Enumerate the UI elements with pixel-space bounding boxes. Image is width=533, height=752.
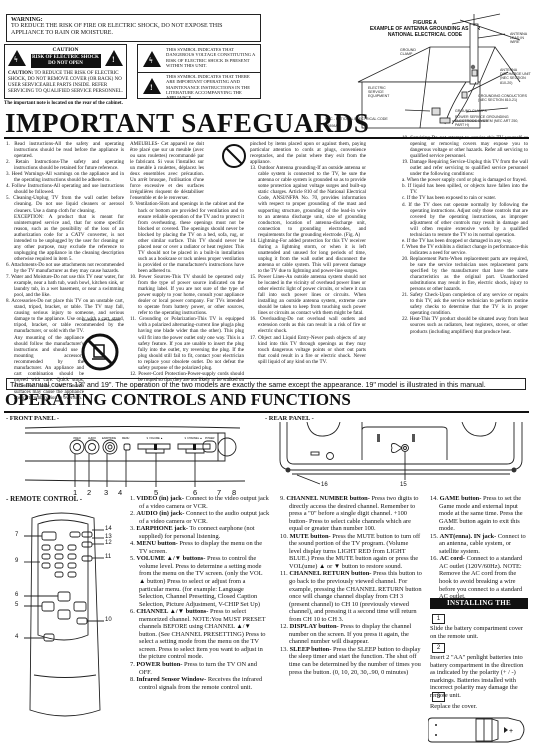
symbol-row: ! THIS SYMBOL INDICATES THAT THERE ARE I… <box>138 72 260 99</box>
warning-text: TO REDUCE THE RISK OF FIRE OR ELECTRIC S… <box>11 23 256 37</box>
callout-3: 3 <box>104 488 108 497</box>
safeguard-item: 14. Lightning-For added protection for t… <box>258 238 366 274</box>
function-item: 4. MENU button- Press to display the men… <box>139 540 270 555</box>
safeguards-title: IMPORTANT SAFEGUARDS <box>5 108 369 139</box>
function-item: 11. CHANNEL RETURN button- Press this bu… <box>289 570 422 623</box>
callout-15: 15 <box>400 482 407 488</box>
rear-panel-label: - REAR PANEL - <box>265 415 314 422</box>
label-power-service: POWER SERVICE GROUNDING ELECTRODE SYSTEM… <box>455 115 520 128</box>
function-item: 3. EARPHONE jack- To connect earphone (n… <box>139 525 270 540</box>
remote-callout-9: 9 <box>15 558 18 564</box>
battery-step-2: Insert 2 "AA" penlight batteries into ba… <box>430 654 530 699</box>
label-ground-clamps: GROUND CLAMPS <box>455 109 495 113</box>
remote-callout-4: 4 <box>15 634 18 640</box>
safeguard-item: 19. Damage Requiring Service-Unplug this… <box>410 159 528 177</box>
safeguard-item: d. If the TV does not operate normally b… <box>410 202 528 238</box>
function-item: 13. SLEEP button- Press the SLEEP button… <box>289 646 422 676</box>
rating-note: The important note is located on the rea… <box>4 101 123 106</box>
safeguard-item: 16. Overloading-Do not overload wall out… <box>258 316 366 334</box>
remote-callout-10: 10 <box>105 617 112 623</box>
safeguard-item: e. If the TV has been dropped or damaged… <box>410 238 528 244</box>
function-item: 1. VIDEO (in) jack- Connect to the video… <box>139 495 270 510</box>
function-item: 5. VOLUME ▲/▼ buttons- Press to control … <box>139 555 270 608</box>
function-item: 6. CHANNEL ▲/▼ buttons- Press to select … <box>139 608 270 661</box>
label-ground-clamp: GROUND CLAMP <box>400 48 420 56</box>
safeguards-col4: 18. Servicing-Do not attempt to service … <box>402 135 528 335</box>
remote-callout-12: 12 <box>105 540 112 546</box>
rear-panel-diagram <box>262 422 532 487</box>
caution-label-line2: DO NOT OPEN <box>31 61 101 67</box>
safeguard-exception: EXCEPTION: A product that is meant for u… <box>14 214 124 262</box>
remote-callout-14: 14 <box>105 526 112 532</box>
front-panel-diagram: VIDEO AUDIO EARPHONE MENU ▼ VOLUME ▲ ▼ C… <box>20 425 250 495</box>
caution-label: RISK OF ELECTRIC SHOCK DO NOT OPEN <box>31 54 101 68</box>
svg-text:AUDIO: AUDIO <box>88 437 96 440</box>
callout-16: 16 <box>321 482 328 488</box>
remote-callout-5: 5 <box>15 602 18 608</box>
remote-control-label: - REMOTE CONTROL - <box>6 495 82 503</box>
function-item: 7. POWER button- Press to turn the TV ON… <box>139 661 270 676</box>
cart-warning-icon <box>80 325 120 375</box>
svg-text:▼ VOLUME ▲: ▼ VOLUME ▲ <box>146 437 163 440</box>
svg-text:▼ CHANNEL ▲: ▼ CHANNEL ▲ <box>184 437 202 440</box>
function-item: 14. GAME button- Press to set the Game m… <box>439 495 530 533</box>
function-item: 9. CHANNEL NUMBER button- Press two digi… <box>289 495 422 533</box>
safeguard-item: 5. Cleaning-Unplug TV from the wall outl… <box>14 195 124 213</box>
symbol-legend-box: ϟ THIS SYMBOL INDICATES THAT DANGEROUS V… <box>137 44 261 99</box>
battery-step-1: Slide the battery compartment cover on t… <box>430 625 530 640</box>
battery-compartment-icon: + <box>428 713 532 747</box>
function-item: 8. Infrared Sensor Window- Receives the … <box>139 676 270 691</box>
lightning-triangle-icon: ϟ <box>8 50 26 66</box>
caution-box: ϟ ! CAUTION RISK OF ELECTRIC SHOCK DO NO… <box>4 44 127 99</box>
symbol-text: THIS SYMBOL INDICATES THAT THERE ARE IMP… <box>166 74 258 100</box>
safeguard-item: 18. Servicing-Do not attempt to service … <box>410 135 528 159</box>
safeguard-item: 11. Grounding or Polarization-This TV is… <box>138 316 244 370</box>
batteries-title: INSTALLING THE BATTERIES <box>430 598 528 609</box>
operating-underline <box>4 411 529 413</box>
model-note-banner: This manual covers 13" and 19". The oper… <box>6 378 526 390</box>
safeguards-col2: AMEUBLES- Cet appareil ne doit être plac… <box>130 141 244 389</box>
cart-warning-icon-fr <box>220 140 248 170</box>
remote-callout-11: 11 <box>105 554 111 560</box>
symbol-row: ϟ THIS SYMBOL INDICATES THAT DANGEROUS V… <box>138 45 260 73</box>
safeguard-item: 21. Safety Check-Upon completion of any … <box>410 292 528 316</box>
safeguard-item: 13. Outdoor Antenna grounding-If an outs… <box>258 165 366 238</box>
label-antenna-lead: ANTENNA LEAD IN WIRE <box>510 32 532 45</box>
function-item: 16. AC cord- Connect to a standard AC ou… <box>439 555 530 600</box>
symbol-text: THIS SYMBOL INDICATES THAT DANGEROUS VOL… <box>166 47 258 68</box>
safeguard-item: f. When the TV exhibits a distinct chang… <box>410 244 528 256</box>
caution-text: CAUTION: TO REDUCE THE RISK OF ELECTRIC … <box>8 71 123 95</box>
svg-text:+: + <box>509 728 513 735</box>
safeguard-item: 22. Heat-This TV product should be situa… <box>410 316 528 334</box>
callout-2: 2 <box>87 488 91 497</box>
safeguard-item: 10. Power Sources-This TV should be oper… <box>138 274 244 316</box>
function-item: 15. ANT(enna). IN jack- Connect to an an… <box>439 533 530 556</box>
safeguard-item: 4. Follow Instructions-All operating and… <box>14 183 124 195</box>
step-number-3: 3 <box>432 692 445 702</box>
remote-callout-7: 7 <box>15 532 18 538</box>
safeguard-item: 15. Power Lines-An outside antenna syste… <box>258 274 366 316</box>
safeguard-item: b. If liquid has been spilled, or object… <box>410 183 528 195</box>
safeguard-item: 1. Read instructions-All the safety and … <box>14 141 124 159</box>
safeguard-item: 9. Ventilation-Slots and openings in the… <box>138 201 244 274</box>
safeguards-col3: pinched by items placed upon or against … <box>250 141 366 365</box>
step-number-1: 1 <box>432 614 445 624</box>
operating-title: OPERATING CONTROLS AND FUNCTIONS <box>5 390 351 410</box>
caution-text-bold: CAUTION: <box>8 71 33 76</box>
safeguard-item: pinched by items placed upon or against … <box>250 141 366 165</box>
cart-warning-label: PORTABLE CART WARNING <box>82 318 120 323</box>
safeguard-item: 7. Water and Moisture-Do not use this TV… <box>14 274 124 298</box>
svg-text:POWER: POWER <box>205 437 215 440</box>
callout-4: 4 <box>118 488 122 497</box>
front-panel-label: - FRONT PANEL - <box>6 415 59 422</box>
label-discharge-unit: ANTENNA DISCHARGE UNIT (NEC SECTION 810-… <box>500 68 533 85</box>
functions-col2: 9. CHANNEL NUMBER button- Press two digi… <box>280 495 422 676</box>
safeguard-item: 2. Retain Instructions-The safety and op… <box>14 159 124 171</box>
safeguard-item: 17. Object and Liquid Entry-Never push o… <box>258 335 366 365</box>
svg-text:MENU: MENU <box>122 437 130 440</box>
function-item: 12. DISPLAY button- Press to display the… <box>289 623 422 646</box>
battery-step-3: Replace the cover. <box>430 703 530 711</box>
function-item: 2. AUDIO (in) jack- Connect to the audio… <box>139 510 270 525</box>
exclamation-triangle-icon: ! <box>143 78 161 94</box>
safeguard-item: 6. Attachments-Do not use attachments no… <box>14 262 124 274</box>
svg-text:EARPHONE: EARPHONE <box>102 437 116 440</box>
exclamation-triangle-icon: ! <box>105 50 123 66</box>
safeguard-item: 3. Heed Warnings-All warnings on the app… <box>14 171 124 183</box>
functions-col1: 1. VIDEO (in) jack- Connect to the video… <box>130 495 270 691</box>
remote-callout-6: 6 <box>15 592 18 598</box>
step-number-2: 2 <box>432 643 445 653</box>
lightning-triangle-icon: ϟ <box>143 51 161 67</box>
safeguard-item: 20. Replacement Parts-When replacement p… <box>410 256 528 292</box>
remote-control-diagram <box>20 510 110 730</box>
function-item: 10. MUTE button- Press the MUTE button t… <box>289 533 422 571</box>
svg-text:VIDEO: VIDEO <box>73 437 81 440</box>
label-grounding-conductors: GROUNDING CONDUCTORS (NEC SECTION 810-21… <box>478 94 530 102</box>
functions-col3: 14. GAME button- Press to set the Game m… <box>430 495 530 601</box>
label-electric-service: ELECTRIC SERVICE EQUIPMENT <box>368 86 396 99</box>
warning-box: WARNING: TO REDUCE THE RISK OF FIRE OR E… <box>6 14 261 42</box>
